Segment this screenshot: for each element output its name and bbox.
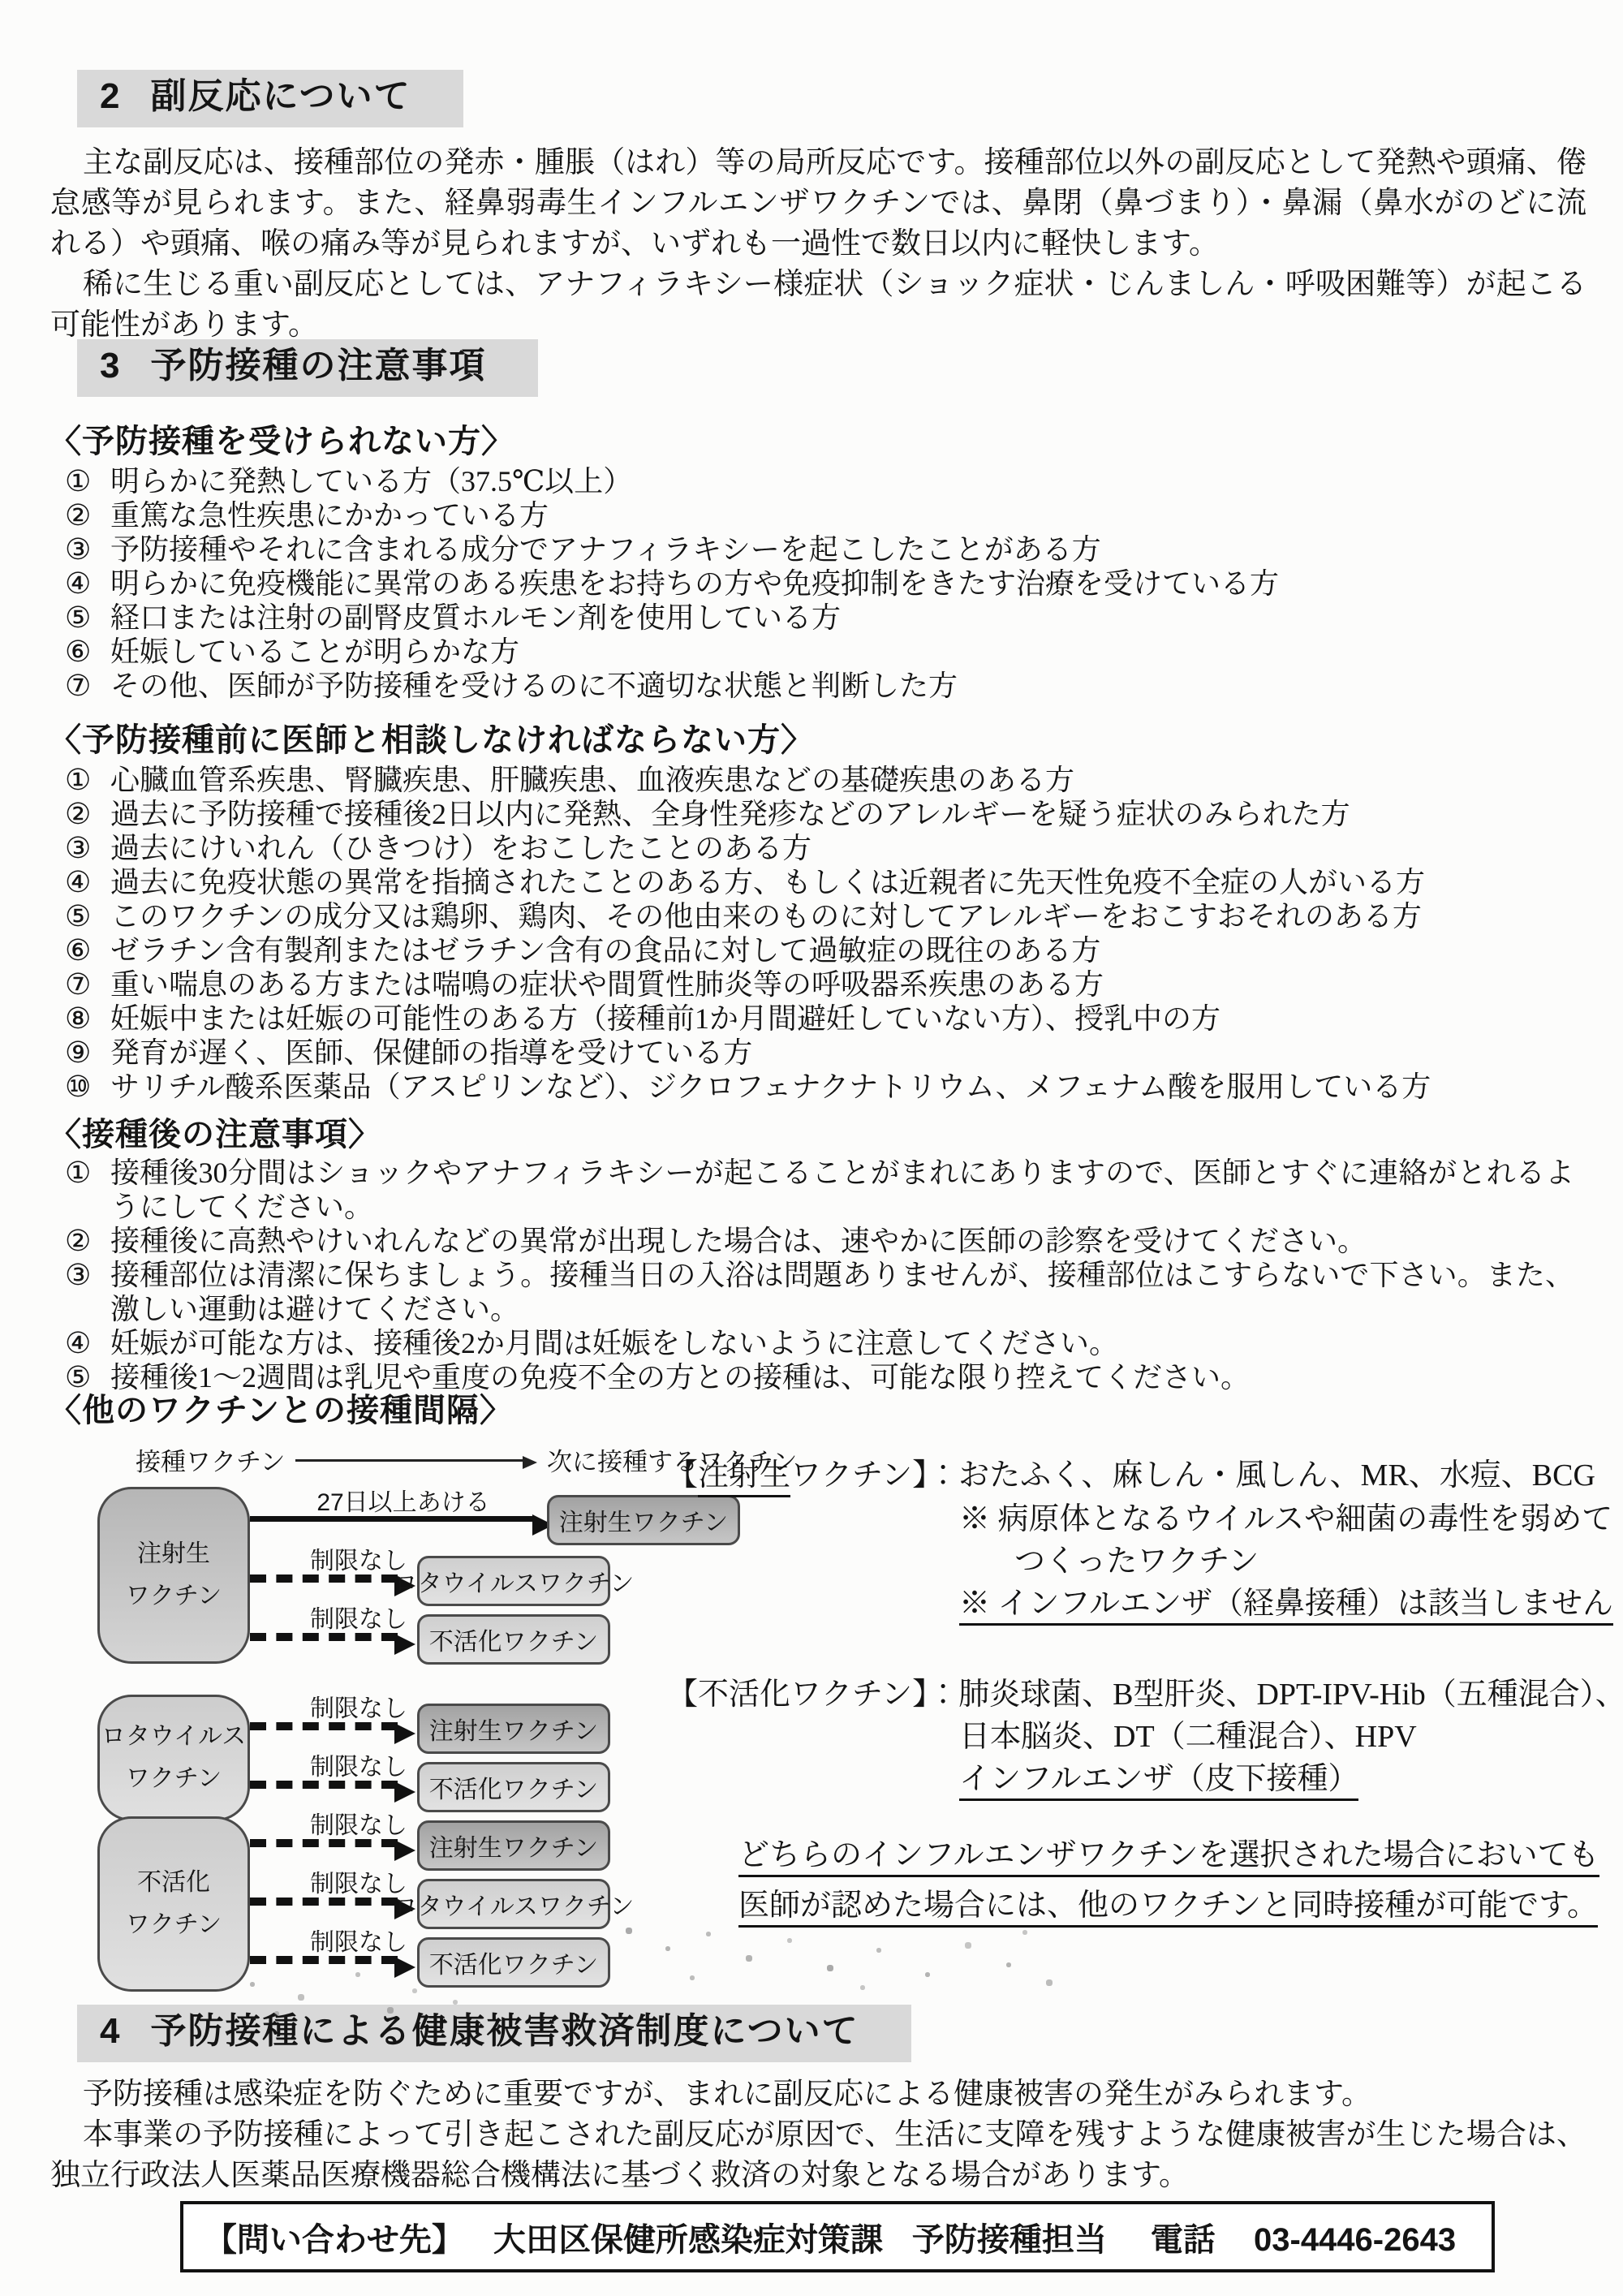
item-number: ① — [65, 1156, 110, 1224]
item-text: 明らかに免疫機能に異常のある疾患をお持ちの方や免疫抑制をきたす治療を受けている方 — [110, 566, 1574, 601]
item-text: ゼラチン含有製剤またはゼラチン含有の食品に対して過敏症の既往のある方 — [110, 933, 1574, 967]
item-text: 発育が遅く、医師、保健師の指導を受けている方 — [110, 1036, 1574, 1070]
vaccine-legend: 【注射生ワクチン】：おたふく、麻しん・風しん、MR、水痘、BCG ※ 病原体とな… — [667, 1438, 1584, 1998]
scanned-vaccination-notice-page: 2副反応について 主な副反応は、接種部位の発赤・腫脹（はれ）等の局所反応です。接… — [0, 0, 1623, 2296]
section-4-title: 予防接種による健康被害救済制度について — [150, 2011, 859, 2051]
section-2-title: 副反応について — [150, 76, 411, 116]
item-text: このワクチンの成分又は鶏卵、鶏肉、その他由来のものに対してアレルギーをおこすおそ… — [110, 899, 1574, 933]
item-text: 経口または注射の副腎皮質ホルモン剤を使用している方 — [110, 601, 1574, 635]
edge-label-no-limit: 制限なし — [294, 1922, 424, 1958]
contact-office: 大田区保健所感染症対策課 — [493, 2214, 883, 2260]
item-text: 重篤な急性疾患にかかっている方 — [110, 498, 1574, 532]
item-text: 接種後に高熱やけいれんなどの異常が出現した場合は、速やかに医師の診察を受けてくだ… — [110, 1224, 1574, 1258]
item-number: ⑦ — [65, 967, 110, 1002]
source-box-label: 注射生 — [137, 1533, 210, 1575]
section-3-number: 3 — [100, 346, 121, 387]
source-box-rotavirus: ロタウイルス ワクチン — [97, 1695, 250, 1821]
contact-phone-label: 電話 — [1151, 2222, 1216, 2258]
source-box-label: ワクチン — [126, 1575, 222, 1618]
contact-label: 【問い合わせ先】 — [204, 2214, 464, 2260]
list-item: ⑦その他、医師が予防接種を受けるのに不適切な状態と判断した方 — [65, 669, 1574, 703]
list-item: ⑥妊娠していることが明らかな方 — [65, 635, 1574, 669]
legend-inactivated-list3-text: インフルエンザ（皮下接種） — [959, 1762, 1358, 1801]
list-item: ④妊娠が可能な方は、接種後2か月間は妊娠をしないように注意してください。 — [65, 1326, 1574, 1360]
list-consult-doctor: ①心臓血管系疾患、腎臓疾患、肝臓疾患、血液疾患などの基礎疾患のある方 ②過去に予… — [65, 763, 1574, 1104]
section-4-paragraph-1: 予防接種は感染症を防ぐために重要ですが、まれに副反応による健康被害の発生がみられ… — [50, 2074, 1586, 2115]
target-box-inactivated: 不活化ワクチン — [417, 1762, 610, 1812]
scan-noise-artifact — [243, 1980, 245, 1982]
item-text: 過去に予防接種で接種後2日以内に発熱、全身性発疹などのアレルギーを疑う症状のみら… — [110, 797, 1574, 831]
source-box-label: ワクチン — [126, 1758, 222, 1800]
section-2-body: 主な副反応は、接種部位の発赤・腫脹（はれ）等の局所反応です。接種部位以外の副反応… — [50, 143, 1586, 346]
diagram-header-arrow — [295, 1459, 524, 1462]
contact-phone-number: 03-4446-2643 — [1254, 2222, 1456, 2258]
edge-label-no-limit: 制限なし — [294, 1688, 424, 1724]
list-after-vaccination: ①接種後30分間はショックやアナフィラキシーが起こることがまれにありますので、医… — [65, 1156, 1574, 1394]
item-text: 過去に免疫状態の異常を指摘されたことのある方、もしくは近親者に先天性免疫不全症の… — [110, 865, 1574, 899]
section-2-paragraph-1: 主な副反応は、接種部位の発赤・腫脹（はれ）等の局所反応です。接種部位以外の副反応… — [50, 143, 1586, 265]
target-box-inactivated: 不活化ワクチン — [417, 1614, 610, 1665]
item-number: ⑥ — [65, 635, 110, 669]
edge-arrow-dashed — [250, 1839, 398, 1847]
item-text: 過去にけいれん（ひきつけ）をおこしたことのある方 — [110, 831, 1574, 865]
item-text: 妊娠していることが明らかな方 — [110, 635, 1574, 669]
item-number: ① — [65, 763, 110, 797]
contact-phone: 電話 03-4446-2643 — [1136, 2214, 1470, 2260]
subheading-after-vaccination: 〈接種後の注意事項〉 — [49, 1109, 381, 1155]
list-item: ③過去にけいれん（ひきつけ）をおこしたことのある方 — [65, 831, 1574, 865]
section-3-header: 3予防接種の注意事項 — [77, 339, 538, 397]
edge-arrow-dashed — [250, 1781, 398, 1789]
item-number: ⑦ — [65, 669, 110, 703]
list-item: ①心臓血管系疾患、腎臓疾患、肝臓疾患、血液疾患などの基礎疾患のある方 — [65, 763, 1574, 797]
legend-both-note2-text: 医師が認めた場合には、他のワクチンと同時接種が可能です。 — [738, 1889, 1598, 1928]
target-box-live-injected: 注射生ワクチン — [417, 1704, 610, 1754]
legend-inactivated-line: 【不活化ワクチン】：肺炎球菌、B型肝炎、DPT-IPV-Hib（五種混合）、 — [667, 1669, 1623, 1713]
section-4-header: 4予防接種による健康被害救済制度について — [77, 2005, 911, 2062]
section-4-body: 予防接種は感染症を防ぐために重要ですが、まれに副反応による健康被害の発生がみられ… — [50, 2074, 1586, 2196]
item-text: 接種後30分間はショックやアナフィラキシーが起こることがまれにありますので、医師… — [110, 1156, 1574, 1224]
list-item: ③接種部位は清潔に保ちましょう。接種当日の入浴は問題ありませんが、接種部位はこす… — [65, 1258, 1574, 1326]
target-box-rotavirus: ロタウイルスワクチン — [417, 1556, 610, 1606]
scan-noise-artifact — [618, 1925, 620, 1927]
list-item: ⑤経口または注射の副腎皮質ホルモン剤を使用している方 — [65, 601, 1574, 635]
edge-label-27days: 27日以上あける — [294, 1482, 513, 1518]
target-box-rotavirus: ロタウイルスワクチン — [417, 1879, 610, 1929]
subheading-vaccine-intervals: 〈他のワクチンとの接種間隔〉 — [49, 1385, 513, 1431]
edge-arrow-dashed — [250, 1574, 398, 1583]
section-2-paragraph-2: 稀に生じる重い副反応としては、アナフィラキシー様症状（ショック症状・じんましん・… — [50, 265, 1586, 346]
item-number: ④ — [65, 865, 110, 899]
vaccine-interval-diagram: 接種ワクチン 次に接種するワクチン 注射生 ワクチン 27日以上あける 注射生ワ… — [50, 1438, 1586, 1998]
source-box-label: ワクチン — [126, 1904, 222, 1946]
section-2-number: 2 — [100, 76, 121, 118]
legend-live-note2-text: ※ インフルエンザ（経鼻接種）は該当しません — [959, 1587, 1613, 1626]
source-box-label: 不活化 — [137, 1862, 210, 1904]
edge-arrow-dashed — [250, 1956, 398, 1964]
item-number: ② — [65, 797, 110, 831]
edge-arrow-solid — [250, 1516, 536, 1522]
legend-live-term: 【 — [667, 1458, 698, 1493]
section-4-paragraph-2: 本事業の予防接種によって引き起こされた副反応が原因で、生活に支障を残すような健康… — [50, 2115, 1586, 2196]
legend-inactivated-list2: 日本脳炎、DT（二種混合）、HPV — [959, 1711, 1417, 1755]
section-4-number: 4 — [100, 2011, 121, 2053]
list-item: ④明らかに免疫機能に異常のある疾患をお持ちの方や免疫抑制をきたす治療を受けている… — [65, 566, 1574, 601]
item-number: ③ — [65, 831, 110, 865]
legend-live-note2: ※ インフルエンザ（経鼻接種）は該当しません — [959, 1578, 1613, 1622]
legend-live-note1b: つくったワクチン — [1014, 1536, 1259, 1580]
item-number: ③ — [65, 532, 110, 566]
list-item: ②過去に予防接種で接種後2日以内に発熱、全身性発疹などのアレルギーを疑う症状のみ… — [65, 797, 1574, 831]
list-item: ②重篤な急性疾患にかかっている方 — [65, 498, 1574, 532]
item-text: 妊娠が可能な方は、接種後2か月間は妊娠をしないように注意してください。 — [110, 1326, 1574, 1360]
section-2-header: 2副反応について — [77, 70, 463, 127]
item-text: 妊娠中または妊娠の可能性のある方（接種前1か月間避妊していない方）、授乳中の方 — [110, 1002, 1574, 1036]
edge-arrow-dashed — [250, 1722, 398, 1730]
legend-live-term-underlined: 注射生 — [698, 1458, 790, 1497]
legend-both-note-line1: どちらのインフルエンザワクチンを選択された場合においても — [738, 1829, 1599, 1874]
item-text: 心臓血管系疾患、腎臓疾患、肝臓疾患、血液疾患などの基礎疾患のある方 — [110, 763, 1574, 797]
item-number: ④ — [65, 566, 110, 601]
legend-both-note-line2: 医師が認めた場合には、他のワクチンと同時接種が可能です。 — [738, 1880, 1598, 1924]
list-item: ②接種後に高熱やけいれんなどの異常が出現した場合は、速やかに医師の診察を受けてく… — [65, 1224, 1574, 1258]
item-text: 重い喘息のある方または喘鳴の症状や間質性肺炎等の呼吸器系疾患のある方 — [110, 967, 1574, 1002]
subheading-cannot-vaccinate: 〈予防接種を受けられない方〉 — [49, 416, 514, 462]
contact-info-box: 【問い合わせ先】 大田区保健所感染症対策課 予防接種担当 電話 03-4446-… — [180, 2201, 1495, 2272]
item-text: 予防接種やそれに含まれる成分でアナフィラキシーを起こしたことがある方 — [110, 532, 1574, 566]
item-text: 明らかに発熱している方（37.5℃以上） — [110, 464, 1574, 498]
contact-department: 予防接種担当 — [912, 2214, 1107, 2260]
item-number: ⑧ — [65, 1002, 110, 1036]
item-number: ⑤ — [65, 601, 110, 635]
item-number: ④ — [65, 1326, 110, 1360]
edge-arrow-dashed — [250, 1898, 398, 1906]
legend-both-note1-text: どちらのインフルエンザワクチンを選択された場合においても — [738, 1838, 1599, 1877]
item-number: ⑤ — [65, 899, 110, 933]
item-number: ③ — [65, 1258, 110, 1326]
diagram-from-label: 接種ワクチン — [136, 1441, 285, 1478]
target-box-live-injected: 注射生ワクチン — [417, 1820, 610, 1871]
item-number: ② — [65, 498, 110, 532]
list-item: ⑤このワクチンの成分又は鶏卵、鶏肉、その他由来のものに対してアレルギーをおこすお… — [65, 899, 1574, 933]
target-box-inactivated: 不活化ワクチン — [417, 1937, 610, 1988]
list-cannot-vaccinate: ①明らかに発熱している方（37.5℃以上） ②重篤な急性疾患にかかっている方 ③… — [65, 464, 1574, 703]
legend-live-line: 【注射生ワクチン】：おたふく、麻しん・風しん、MR、水痘、BCG — [667, 1450, 1595, 1494]
edge-arrow-dashed — [250, 1633, 398, 1641]
source-box-inactivated: 不活化 ワクチン — [97, 1816, 250, 1992]
item-number: ⑩ — [65, 1070, 110, 1104]
list-item: ⑩サリチル酸系医薬品（アスピリンなど）、ジクロフェナクナトリウム、メフェナム酸を… — [65, 1070, 1574, 1104]
subheading-consult-doctor: 〈予防接種前に医師と相談しなければならない方〉 — [49, 714, 814, 760]
item-text: その他、医師が予防接種を受けるのに不適切な状態と判断した方 — [110, 669, 1574, 703]
edge-label-no-limit: 制限なし — [294, 1599, 424, 1635]
item-text: サリチル酸系医薬品（アスピリンなど）、ジクロフェナクナトリウム、メフェナム酸を服… — [110, 1070, 1574, 1104]
section-3-title: 予防接種の注意事項 — [150, 346, 486, 386]
legend-inactivated-list3: インフルエンザ（皮下接種） — [959, 1753, 1358, 1798]
legend-live-note1a: ※ 病原体となるウイルスや細菌の毒性を弱めて — [959, 1493, 1612, 1538]
legend-inactivated-term: 【不活化ワクチン】： — [667, 1678, 958, 1712]
edge-label-no-limit: 制限なし — [294, 1747, 424, 1782]
source-box-live-injected: 注射生 ワクチン — [97, 1487, 250, 1664]
list-item: ⑧妊娠中または妊娠の可能性のある方（接種前1か月間避妊していない方）、授乳中の方 — [65, 1002, 1574, 1036]
item-text: 接種部位は清潔に保ちましょう。接種当日の入浴は問題ありませんが、接種部位はこすら… — [110, 1258, 1574, 1326]
list-item: ③予防接種やそれに含まれる成分でアナフィラキシーを起こしたことがある方 — [65, 532, 1574, 566]
legend-inactivated-list1: 肺炎球菌、B型肝炎、DPT-IPV-Hib（五種混合）、 — [958, 1678, 1623, 1712]
legend-live-term: ワクチン】： — [790, 1458, 958, 1493]
list-item: ①接種後30分間はショックやアナフィラキシーが起こることがまれにありますので、医… — [65, 1156, 1574, 1224]
list-item: ④過去に免疫状態の異常を指摘されたことのある方、もしくは近親者に先天性免疫不全症… — [65, 865, 1574, 899]
legend-live-list: おたふく、麻しん・風しん、MR、水痘、BCG — [958, 1458, 1595, 1493]
edge-label-no-limit: 制限なし — [294, 1805, 424, 1841]
item-number: ⑥ — [65, 933, 110, 967]
item-number: ⑨ — [65, 1036, 110, 1070]
item-number: ② — [65, 1224, 110, 1258]
list-item: ⑨発育が遅く、医師、保健師の指導を受けている方 — [65, 1036, 1574, 1070]
source-box-label: ロタウイルス — [101, 1716, 246, 1758]
list-item: ①明らかに発熱している方（37.5℃以上） — [65, 464, 1574, 498]
list-item: ⑦重い喘息のある方または喘鳴の症状や間質性肺炎等の呼吸器系疾患のある方 — [65, 967, 1574, 1002]
list-item: ⑥ゼラチン含有製剤またはゼラチン含有の食品に対して過敏症の既往のある方 — [65, 933, 1574, 967]
item-number: ① — [65, 464, 110, 498]
